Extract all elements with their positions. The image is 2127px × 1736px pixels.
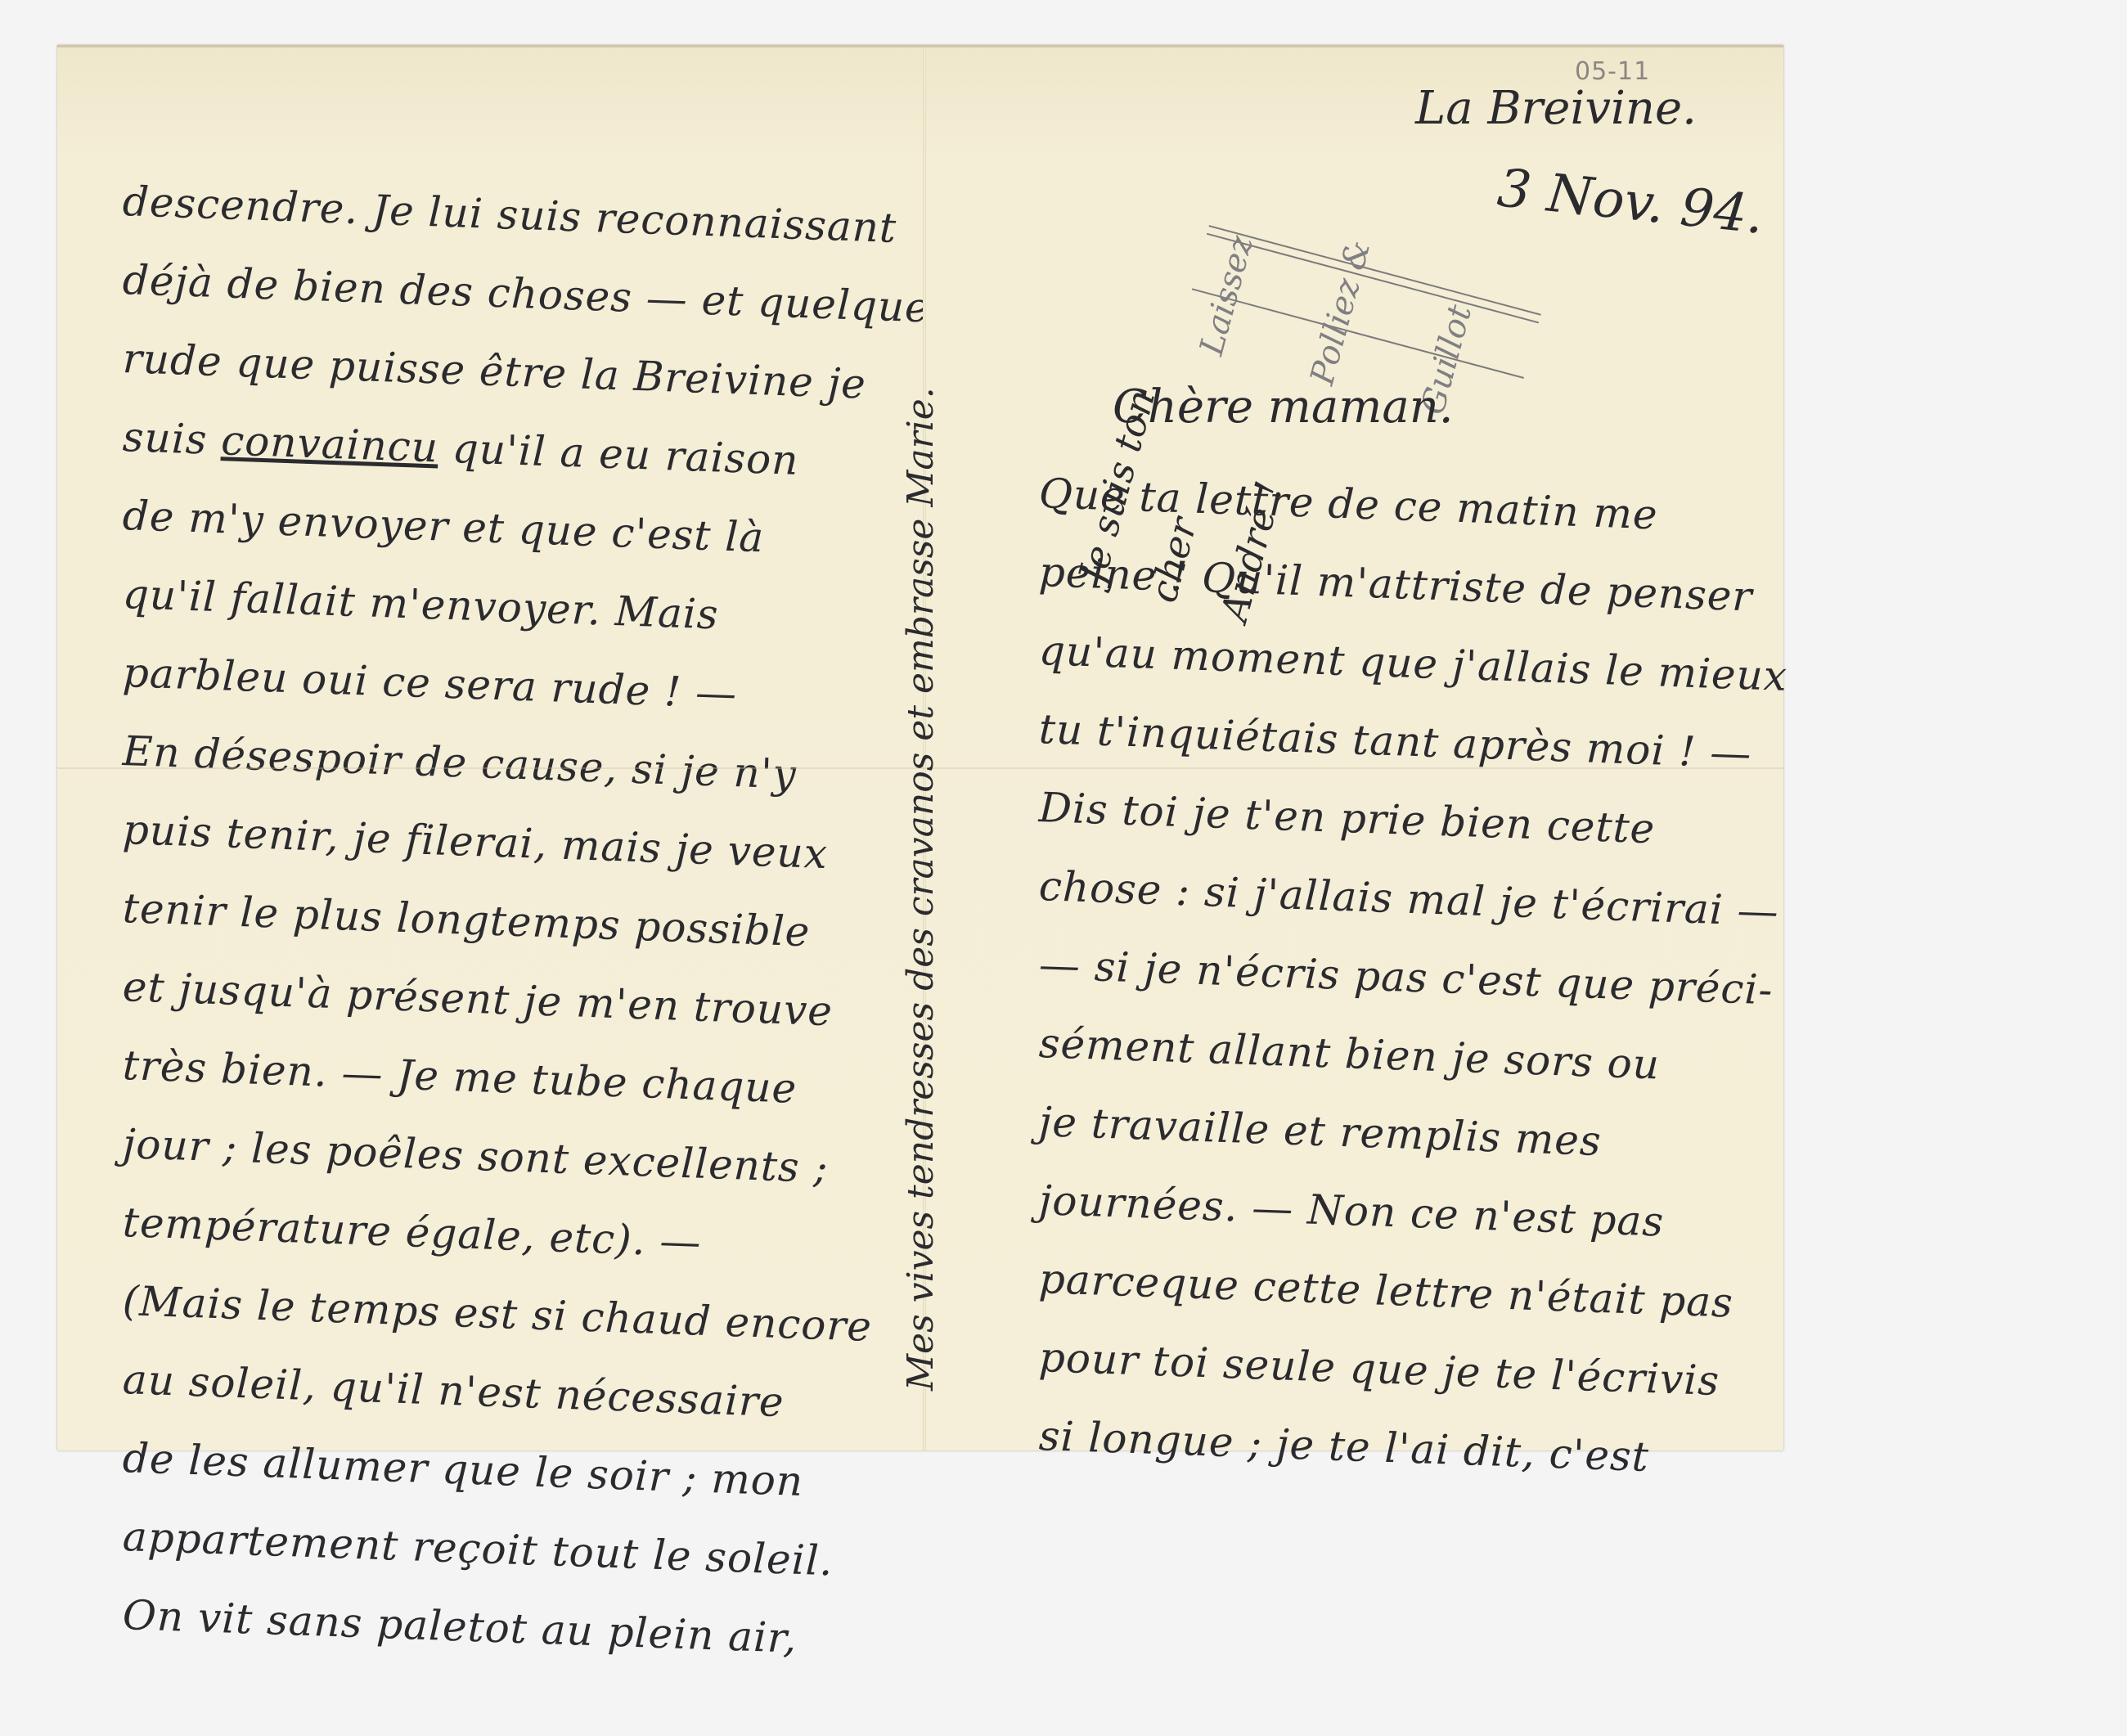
right-page-text: Que ta lettre de ce matin me peine ! Qu'…: [1039, 454, 1775, 1475]
left-page-text: descendre. Je lui suis reconnaissant déj…: [123, 162, 908, 1654]
stamp-line: Polliez &: [1303, 236, 1378, 389]
underlined-word: convaincu: [220, 416, 439, 471]
salutation: Chère maman.: [1113, 380, 1454, 434]
stamp-line: Laissez: [1193, 232, 1261, 359]
margin-note: Mes vives tendresses des cravanos et emb…: [900, 387, 942, 1391]
left-page: descendre. Je lui suis reconnaissant déj…: [57, 47, 924, 1450]
place: La Breivine.: [1415, 82, 1697, 135]
